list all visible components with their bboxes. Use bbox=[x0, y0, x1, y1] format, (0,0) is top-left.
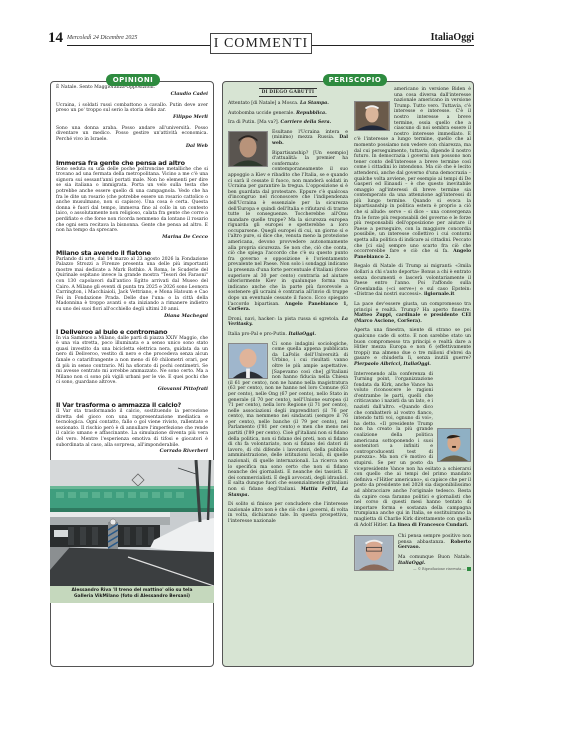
opinion-item: È Natale. Sento Maggioranza-Opposizioni.… bbox=[56, 85, 208, 97]
quote-with-photo: Esultano l'Ucraina intera e (minimo) mez… bbox=[228, 130, 348, 313]
page-date: Mercoledì 24 Dicembre 2025 bbox=[67, 35, 137, 41]
letter-headline: Milano sta avendo il fiatone bbox=[56, 249, 208, 257]
biden-photo bbox=[354, 101, 390, 131]
author-byline: DI DIEGO GABUTTI bbox=[259, 88, 317, 97]
opinioni-column: OPINIONI È Natale. Sento Maggioranza-Opp… bbox=[50, 81, 214, 667]
periscopio-label: PERISCOPIO bbox=[323, 74, 387, 86]
periscopio-column-1: DI DIEGO GABUTTI Attentato [di Natale] a… bbox=[228, 88, 348, 529]
painting-photo bbox=[50, 460, 214, 586]
page-header: 14 Mercoledì 24 Dicembre 2025 I COMMENTI… bbox=[48, 30, 474, 50]
periscopio-column: PERISCOPIO DI DIEGO GABUTTI Attentato [d… bbox=[222, 81, 474, 667]
opinion-text: Ucraina, i soldati russi combattono a ca… bbox=[56, 103, 208, 114]
end-square-icon bbox=[467, 567, 471, 571]
letter-signature: Marina De Cecco bbox=[56, 234, 208, 240]
quote-item: Regalo di Natale di Trump ai migranti: «… bbox=[354, 264, 471, 298]
letter-signature: Corrado Riverberi bbox=[56, 448, 208, 454]
letter-signature: Giovanni Pittofrati bbox=[56, 386, 208, 392]
quote-item: Italia pro-Pal e pro-Putin. ItaliaOggi. bbox=[228, 332, 348, 338]
quote-item: Di solito si finisce per concludere che … bbox=[228, 502, 348, 524]
letter-signature: Diana Machegni bbox=[56, 313, 208, 319]
brand-logo: ItaliaOggi bbox=[428, 32, 474, 43]
quote-item: La pace dev'essere giusta, un compromess… bbox=[354, 302, 471, 324]
hitler-portrait bbox=[437, 428, 471, 462]
letter-text: Parlando di arte, dal 14 marzo al 23 ago… bbox=[56, 257, 208, 313]
quote-with-photo: Chi pensa sempre positivo non pensa abba… bbox=[354, 534, 471, 571]
letter-text: Sono seduta su una delle poche poltronci… bbox=[56, 167, 208, 234]
opinion-signature: Dal Web bbox=[56, 143, 208, 149]
quote-item: Ira di Putin. [Ma va?]. Corriere della S… bbox=[228, 120, 348, 126]
zelensky-photo bbox=[228, 131, 268, 167]
opinion-text: Sono una donna araba. Posso andare all'u… bbox=[56, 126, 208, 143]
quote-text: Bipartisanship? [Un esempio] d'attualità… bbox=[228, 151, 348, 307]
letter-headline: Il Var trasforma o ammazza il calcio? bbox=[56, 401, 208, 409]
quote-source: ItaliaOggi. bbox=[398, 561, 425, 566]
quote-item: Droni, navi, hacker: la pista russa si s… bbox=[228, 317, 348, 328]
photo-caption: Alessandro Riva 'Il treno del mattino' o… bbox=[50, 586, 214, 603]
quote-with-photo: Ci sono indagini sociologiche, come quel… bbox=[228, 342, 348, 499]
opinion-item: Ucraina, i soldati russi combattono a ca… bbox=[56, 103, 208, 120]
quote-with-photo: americano in versione Biden è una cosa d… bbox=[354, 87, 471, 260]
letter-text: In via Sambuco a Milano, dalle parti di … bbox=[56, 336, 208, 386]
opinion-letter: Immersa fra gente che pensa ad altro Son… bbox=[56, 159, 208, 240]
opinioni-label: OPINIONI bbox=[106, 74, 160, 86]
letter-headline: Immersa fra gente che pensa ad altro bbox=[56, 159, 208, 167]
train-underpass-painting bbox=[50, 460, 214, 586]
opinion-item: Sono una donna araba. Posso andare all'u… bbox=[56, 126, 208, 149]
opinion-signature: Filippo Merli bbox=[56, 114, 208, 120]
opinion-letter: Milano sta avendo il fiatone Parlando di… bbox=[56, 249, 208, 319]
periscopio-column-2: americano in versione Biden è una cosa d… bbox=[354, 87, 471, 575]
diamanti-photo bbox=[228, 343, 268, 379]
opinion-letter: Il Var trasforma o ammazza il calcio? Il… bbox=[56, 401, 208, 454]
quote-item: Attentato [di Natale] a Mosca. La Stampa… bbox=[228, 101, 348, 107]
quote-source: La linea di Francesco Cundari. bbox=[390, 523, 469, 528]
letter-headline: I Deliveroo al buio e contromano bbox=[56, 328, 208, 336]
opinion-letter: I Deliveroo al buio e contromano In via … bbox=[56, 328, 208, 392]
quote-with-photo: Intervenendo alla conferenza di Turning … bbox=[354, 372, 471, 529]
quote-item: Autobomba uccide generale. Repubblica. bbox=[228, 111, 348, 117]
page-number: 14 bbox=[48, 30, 67, 46]
gervaso-photo bbox=[354, 535, 394, 571]
letter-text: Il Var sta trasformando il calcio, sosti… bbox=[56, 409, 208, 448]
section-title: I COMMENTI bbox=[210, 33, 312, 54]
quote-item: Aperta una finestra, niente di strano se… bbox=[354, 328, 471, 367]
caption-line-2: Galleria VikMilano (foto di Alessandro B… bbox=[50, 594, 214, 600]
quote-text: Ma comunque Buon Natale. bbox=[398, 555, 471, 560]
quote-text: Esultano l'Ucraina intera e (minimo) mez… bbox=[272, 130, 348, 141]
opinion-signature: Claudio Cadei bbox=[56, 91, 208, 97]
